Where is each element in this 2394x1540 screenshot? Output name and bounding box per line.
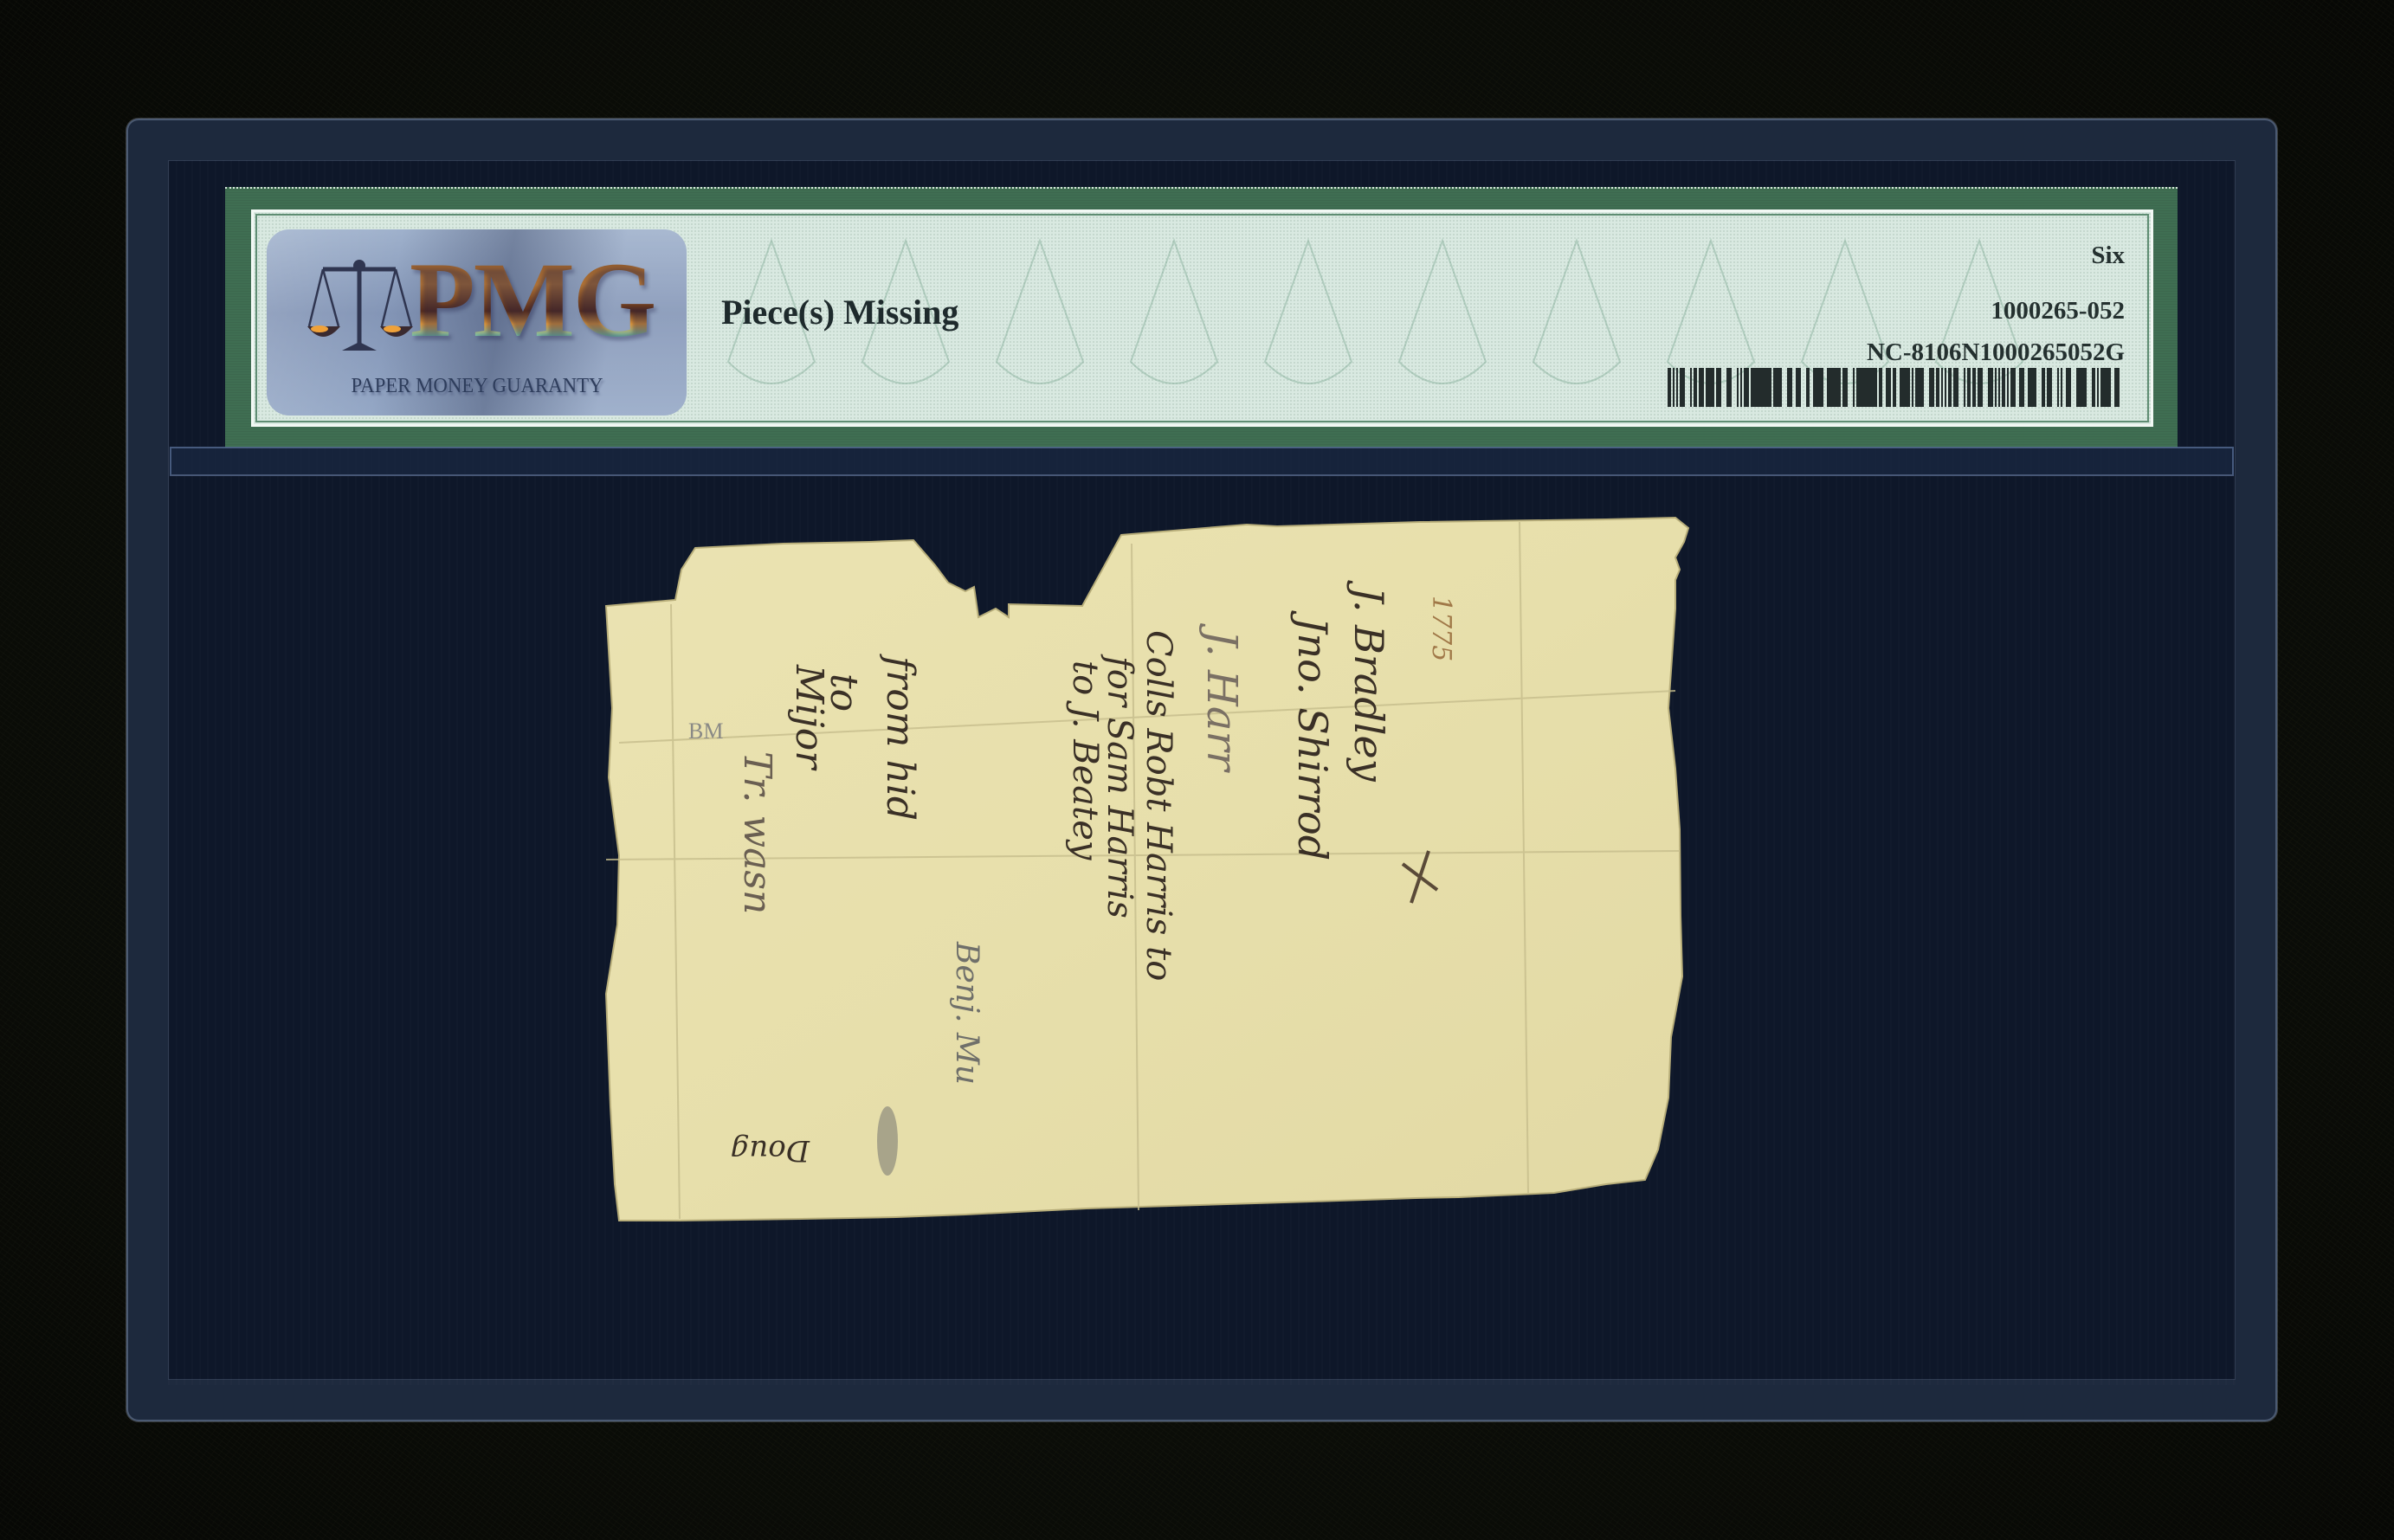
scale-watermark-icon [1391,232,1494,405]
pmg-hologram: PMG PAPER MONEY GUARANTY [267,229,687,416]
barcode-bar [2066,368,2071,407]
pmg-tagline: PAPER MONEY GUARANTY [317,375,638,398]
scales-of-justice-icon [306,257,414,357]
barcode-bar [1875,368,1877,407]
sleeve-top-edge [170,447,2234,476]
barcode-bar [2114,368,2120,407]
barcode-bar [1737,368,1739,407]
barcode-bar [2057,368,2059,407]
label-panel: PMG PAPER MONEY GUARANTY Piece(s) Missin… [251,209,2153,427]
barcode-bar [1941,368,1943,407]
scale-watermark-icon [1525,232,1629,405]
barcode-bar [2042,368,2045,407]
svg-text:Colls Robt Harris to: Colls Robt Harris to [1139,630,1178,981]
barcode-bar [1978,368,1983,407]
grading-label: PMG PAPER MONEY GUARANTY Piece(s) Missin… [225,187,2178,448]
svg-text:Tr. wasn: Tr. wasn [735,751,779,914]
barcode-bar [2061,368,2062,407]
barcode-bar [1668,368,1671,407]
barcode-bar [1787,368,1792,407]
barcode-bar [1972,368,1976,407]
barcode-bar [2031,368,2036,407]
barcode-bar [1893,368,1896,407]
barcode-bar [1995,368,1997,407]
barcode-bar [2107,368,2111,407]
barcode-bar [1820,368,1823,407]
barcode-bar [1936,368,1939,407]
svg-text:J. Bradley: J. Bradley [1345,580,1392,783]
barcode-bar [1806,368,1810,407]
svg-text:1775: 1775 [1426,596,1456,661]
barcode-bar [1680,368,1685,407]
barcode-bar [2007,368,2009,407]
banknote-image: BM from hid to Mijor Tr. wasn Benj. Mu C… [602,509,1922,1227]
barcode-bar [1777,368,1782,407]
barcode-bar [1768,368,1771,407]
barcode-bar [1929,368,1934,407]
barcode-bar [1716,368,1721,407]
barcode [1668,368,2125,407]
barcode-bar [2021,368,2024,407]
svg-text:from hid: from hid [878,654,922,821]
scale-watermark-icon [988,232,1092,405]
barcode-bar [1879,368,1882,407]
barcode-bar [1998,368,2000,407]
barcode-bar [1740,368,1742,407]
scale-watermark-icon [1122,232,1226,405]
barcode-bar [1842,368,1848,407]
barcode-bar [1796,368,1801,407]
barcode-bar [2097,368,2099,407]
barcode-bar [1919,368,1924,407]
barcode-bar [1912,368,1913,407]
barcode-bar [1673,368,1675,407]
barcode-bar [1726,368,1732,407]
svg-text:to J. Beatey: to J. Beatey [1065,660,1105,861]
barcode-bar [1690,368,1692,407]
barcode-bar [1744,368,1749,407]
catalog-code: NC-8106N1000265052G [1867,338,2125,367]
svg-text:Jno. Shirrod: Jno. Shirrod [1289,610,1336,860]
barcode-bar [1694,368,1697,407]
pencil-mark: BM [688,718,723,744]
barcode-bar [1837,368,1841,407]
barcode-bar [1676,368,1678,407]
barcode-bar [1853,368,1855,407]
barcode-bar [1887,368,1891,407]
svg-text:Doug: Doug [731,1133,810,1168]
barcode-bar [1711,368,1714,407]
barcode-bar [2002,368,2005,407]
barcode-bar [2081,368,2087,407]
banknote: BM from hid to Mijor Tr. wasn Benj. Mu C… [602,509,1922,1227]
svg-text:J. Harr: J. Harr [1197,622,1246,773]
barcode-bar [1907,368,1910,407]
barcode-bar [1967,368,1971,407]
svg-text:Mijor: Mijor [787,664,831,771]
scale-watermark-icon [1256,232,1360,405]
barcode-bar [1702,368,1704,407]
svg-text:Benj. Mu: Benj. Mu [949,941,984,1085]
barcode-bar [1945,368,1946,407]
barcode-bar [2092,368,2095,407]
barcode-bar [1948,368,1952,407]
designation-text: Piece(s) Missing [721,292,958,332]
cert-number: 1000265-052 [1991,297,2125,325]
barcode-bar [1953,368,1958,407]
barcode-bar [1964,368,1965,407]
barcode-bar [2047,368,2052,407]
pmg-logo-text: PMG [410,247,655,354]
barcode-bar [2012,368,2016,407]
barcode-bar [1991,368,1993,407]
grade-text: Six [2091,242,2125,270]
